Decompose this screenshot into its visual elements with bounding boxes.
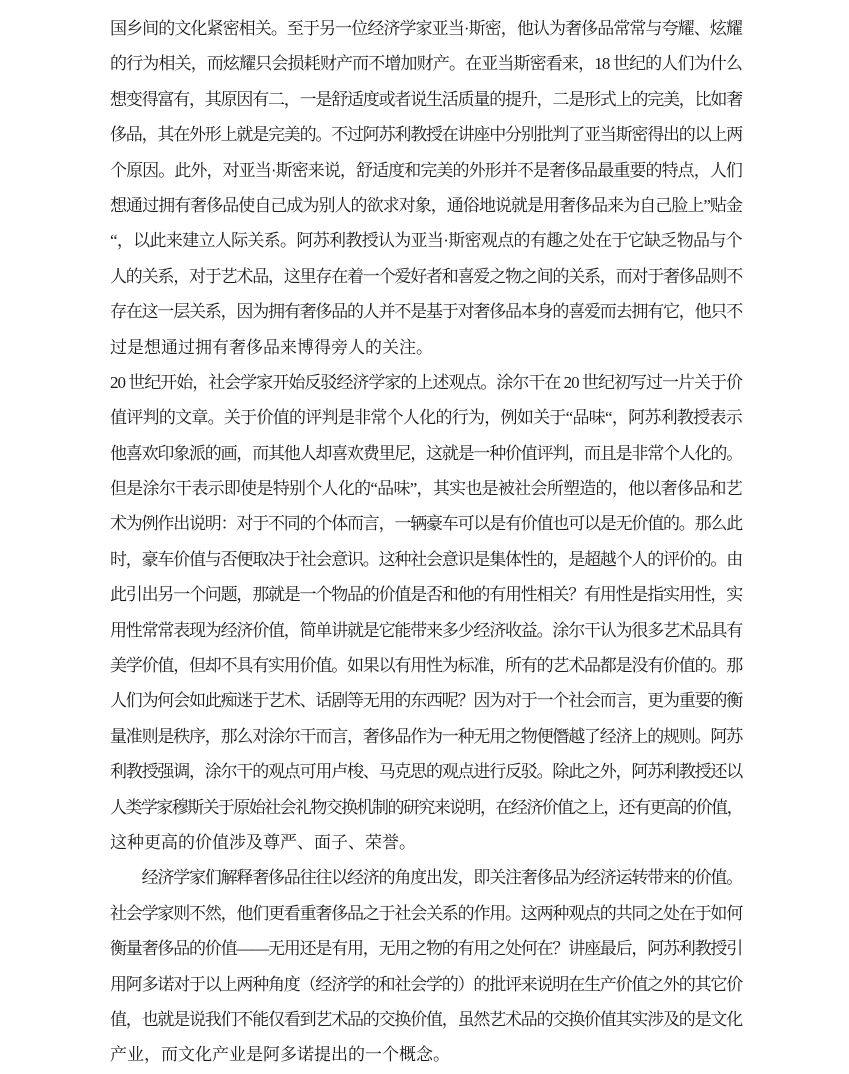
document-page: 国乡间的文化紧密相关。至于另一位经济学家亚当·斯密，他认为奢侈品常常与夸耀、炫耀… — [0, 0, 849, 1074]
text-line: 的行为相关，而炫耀只会损耗财产而不增加财产。在亚当斯密看来，18 世纪的人们为什… — [110, 46, 742, 81]
text-line-content: “，以此来建立人际关系。阿苏利教授认为亚当·斯密观点的有趣之处在于它缺乏物品与个 — [110, 223, 742, 258]
text-line-content: 美学价值，但却不具有实用价值。如果以有用性为标准，所有的艺术品都是没有价值的。那 — [110, 648, 742, 683]
text-line: 社会学家则不然，他们更看重奢侈品之于社会关系的作用。这两种观点的共同之处在于如何 — [110, 896, 742, 931]
text-line: 此引出另一个问题，那就是一个物品的价值是否和他的有用性相关？有用性是指实用性，实 — [110, 577, 742, 612]
text-line-content: 此引出另一个问题，那就是一个物品的价值是否和他的有用性相关？有用性是指实用性，实 — [110, 577, 742, 612]
text-line: 利教授强调，涂尔干的观点可用卢梭、马克思的观点进行反驳。除此之外，阿苏利教授还以 — [110, 754, 742, 789]
text-line: 值，也就是说我们不能仅看到艺术品的交换价值，虽然艺术品的交换价值其实涉及的是文化 — [110, 1002, 742, 1037]
text-line: 值评判的文章。关于价值的评判是非常个人化的行为，例如关于“品味“，阿苏利教授表示 — [110, 400, 742, 435]
text-line: “，以此来建立人际关系。阿苏利教授认为亚当·斯密观点的有趣之处在于它缺乏物品与个 — [110, 223, 742, 258]
text-line: 国乡间的文化紧密相关。至于另一位经济学家亚当·斯密，他认为奢侈品常常与夸耀、炫耀 — [110, 11, 742, 46]
text-line-content: 侈品，其在外形上就是完美的。不过阿苏利教授在讲座中分别批判了亚当斯密得出的以上两 — [110, 117, 742, 152]
text-line: 人们为何会如此痴迷于艺术、话剧等无用的东西呢？因为对于一个社会而言，更为重要的衡 — [110, 683, 742, 718]
text-line: 美学价值，但却不具有实用价值。如果以有用性为标准，所有的艺术品都是没有价值的。那 — [110, 648, 742, 683]
text-line: 用性常常表现为经济价值，简单讲就是它能带来多少经济收益。涂尔干认为很多艺术品具有 — [110, 613, 742, 648]
text-line-content: 值，也就是说我们不能仅看到艺术品的交换价值，虽然艺术品的交换价值其实涉及的是文化 — [110, 1002, 742, 1037]
text-line-content: 国乡间的文化紧密相关。至于另一位经济学家亚当·斯密，他认为奢侈品常常与夸耀、炫耀 — [110, 11, 742, 46]
paragraph: 20 世纪开始，社会学家开始反驳经济学家的上述观点。涂尔干在 20 世纪初写过一… — [110, 365, 742, 860]
text-line-content: 存在这一层关系，因为拥有奢侈品的人并不是基于对奢侈品本身的喜爱而去拥有它，他只不 — [110, 294, 742, 329]
text-line: 个原因。此外，对亚当·斯密来说，舒适度和完美的外形并不是奢侈品最重要的特点，人们 — [110, 153, 742, 188]
text-line: 20 世纪开始，社会学家开始反驳经济学家的上述观点。涂尔干在 20 世纪初写过一… — [110, 365, 742, 400]
document-body: 国乡间的文化紧密相关。至于另一位经济学家亚当·斯密，他认为奢侈品常常与夸耀、炫耀… — [110, 11, 742, 1073]
text-line-content: 人们为何会如此痴迷于艺术、话剧等无用的东西呢？因为对于一个社会而言，更为重要的衡 — [110, 683, 742, 718]
text-line: 衡量奢侈品的价值——无用还是有用，无用之物的有用之处何在？讲座最后，阿苏利教授引 — [110, 931, 742, 966]
text-line: 术为例作出说明：对于不同的个体而言，一辆豪车可以是有价值也可以是无价值的。那么此 — [110, 506, 742, 541]
text-line-content: 用阿多诺对于以上两种角度（经济学的和社会学的）的批评来说明在生产价值之外的其它价 — [110, 967, 742, 1002]
text-line: 过是想通过拥有奢侈品来博得旁人的关注。 — [110, 330, 742, 365]
text-line: 用阿多诺对于以上两种角度（经济学的和社会学的）的批评来说明在生产价值之外的其它价 — [110, 967, 742, 1002]
text-line: 但是涂尔干表示即使是特别个人化的“品味”，其实也是被社会所塑造的，他以奢侈品和艺 — [110, 471, 742, 506]
text-line: 侈品，其在外形上就是完美的。不过阿苏利教授在讲座中分别批判了亚当斯密得出的以上两 — [110, 117, 742, 152]
text-line: 人类学家穆斯关于原始社会礼物交换机制的研究来说明，在经济价值之上，还有更高的价值… — [110, 790, 742, 825]
text-line-content: 经济学家们解释奢侈品往往以经济的角度出发，即关注奢侈品为经济运转带来的价值。 — [110, 860, 742, 895]
text-line-content: 值评判的文章。关于价值的评判是非常个人化的行为，例如关于“品味“，阿苏利教授表示 — [110, 400, 742, 435]
text-line-content: 人类学家穆斯关于原始社会礼物交换机制的研究来说明，在经济价值之上，还有更高的价值… — [110, 790, 742, 825]
text-line: 量准则是秩序，那么对涂尔干而言，奢侈品作为一种无用之物便僭越了经济上的规则。阿苏 — [110, 719, 742, 754]
text-line-content: 用性常常表现为经济价值，简单讲就是它能带来多少经济收益。涂尔干认为很多艺术品具有 — [110, 613, 742, 648]
text-line: 存在这一层关系，因为拥有奢侈品的人并不是基于对奢侈品本身的喜爱而去拥有它，他只不 — [110, 294, 742, 329]
text-line: 经济学家们解释奢侈品往往以经济的角度出发，即关注奢侈品为经济运转带来的价值。 — [110, 860, 742, 895]
text-line-content: 术为例作出说明：对于不同的个体而言，一辆豪车可以是有价值也可以是无价值的。那么此 — [110, 506, 742, 541]
text-line-content: 人的关系，对于艺术品，这里存在着一个爱好者和喜爱之物之间的关系，而对于奢侈品则不 — [110, 259, 742, 294]
text-line-content: 时，豪车价值与否便取决于社会意识。这种社会意识是集体性的，是超越个人的评价的。由 — [110, 542, 742, 577]
text-line: 想变得富有，其原因有二，一是舒适度或者说生活质量的提升，二是形式上的完美，比如奢 — [110, 82, 742, 117]
text-line: 想通过拥有奢侈品使自己成为别人的欲求对象，通俗地说就是用奢侈品来为自己脸上”贴金 — [110, 188, 742, 223]
text-line-content: 过是想通过拥有奢侈品来博得旁人的关注。 — [110, 330, 433, 365]
paragraph: 国乡间的文化紧密相关。至于另一位经济学家亚当·斯密，他认为奢侈品常常与夸耀、炫耀… — [110, 11, 742, 365]
text-line-content: 量准则是秩序，那么对涂尔干而言，奢侈品作为一种无用之物便僭越了经济上的规则。阿苏 — [110, 719, 742, 754]
text-line: 时，豪车价值与否便取决于社会意识。这种社会意识是集体性的，是超越个人的评价的。由 — [110, 542, 742, 577]
text-line-content: 衡量奢侈品的价值——无用还是有用，无用之物的有用之处何在？讲座最后，阿苏利教授引 — [110, 931, 742, 966]
text-line-content: 产业，而文化产业是阿多诺提出的一个概念。 — [110, 1037, 450, 1072]
text-line-content: 20 世纪开始，社会学家开始反驳经济学家的上述观点。涂尔干在 20 世纪初写过一… — [110, 365, 742, 400]
text-line: 他喜欢印象派的画，而其他人却喜欢费里尼，这就是一种价值评判，而且是非常个人化的。 — [110, 436, 742, 471]
text-line-content: 想通过拥有奢侈品使自己成为别人的欲求对象，通俗地说就是用奢侈品来为自己脸上”贴金 — [110, 188, 742, 223]
text-line-content: 他喜欢印象派的画，而其他人却喜欢费里尼，这就是一种价值评判，而且是非常个人化的。 — [110, 436, 742, 471]
text-line-content: 但是涂尔干表示即使是特别个人化的“品味”，其实也是被社会所塑造的，他以奢侈品和艺 — [110, 471, 742, 506]
text-line-content: 个原因。此外，对亚当·斯密来说，舒适度和完美的外形并不是奢侈品最重要的特点，人们 — [110, 153, 742, 188]
paragraph: 经济学家们解释奢侈品往往以经济的角度出发，即关注奢侈品为经济运转带来的价值。社会… — [110, 860, 742, 1072]
text-line-content: 的行为相关，而炫耀只会损耗财产而不增加财产。在亚当斯密看来，18 世纪的人们为什… — [110, 46, 742, 81]
text-line-content: 想变得富有，其原因有二，一是舒适度或者说生活质量的提升，二是形式上的完美，比如奢 — [110, 82, 742, 117]
text-line-content: 这种更高的价值涉及尊严、面子、荣誉。 — [110, 825, 416, 860]
text-line: 产业，而文化产业是阿多诺提出的一个概念。 — [110, 1037, 742, 1072]
text-line: 这种更高的价值涉及尊严、面子、荣誉。 — [110, 825, 742, 860]
text-line: 人的关系，对于艺术品，这里存在着一个爱好者和喜爱之物之间的关系，而对于奢侈品则不 — [110, 259, 742, 294]
text-line-content: 利教授强调，涂尔干的观点可用卢梭、马克思的观点进行反驳。除此之外，阿苏利教授还以 — [110, 754, 742, 789]
text-line-content: 社会学家则不然，他们更看重奢侈品之于社会关系的作用。这两种观点的共同之处在于如何 — [110, 896, 742, 931]
